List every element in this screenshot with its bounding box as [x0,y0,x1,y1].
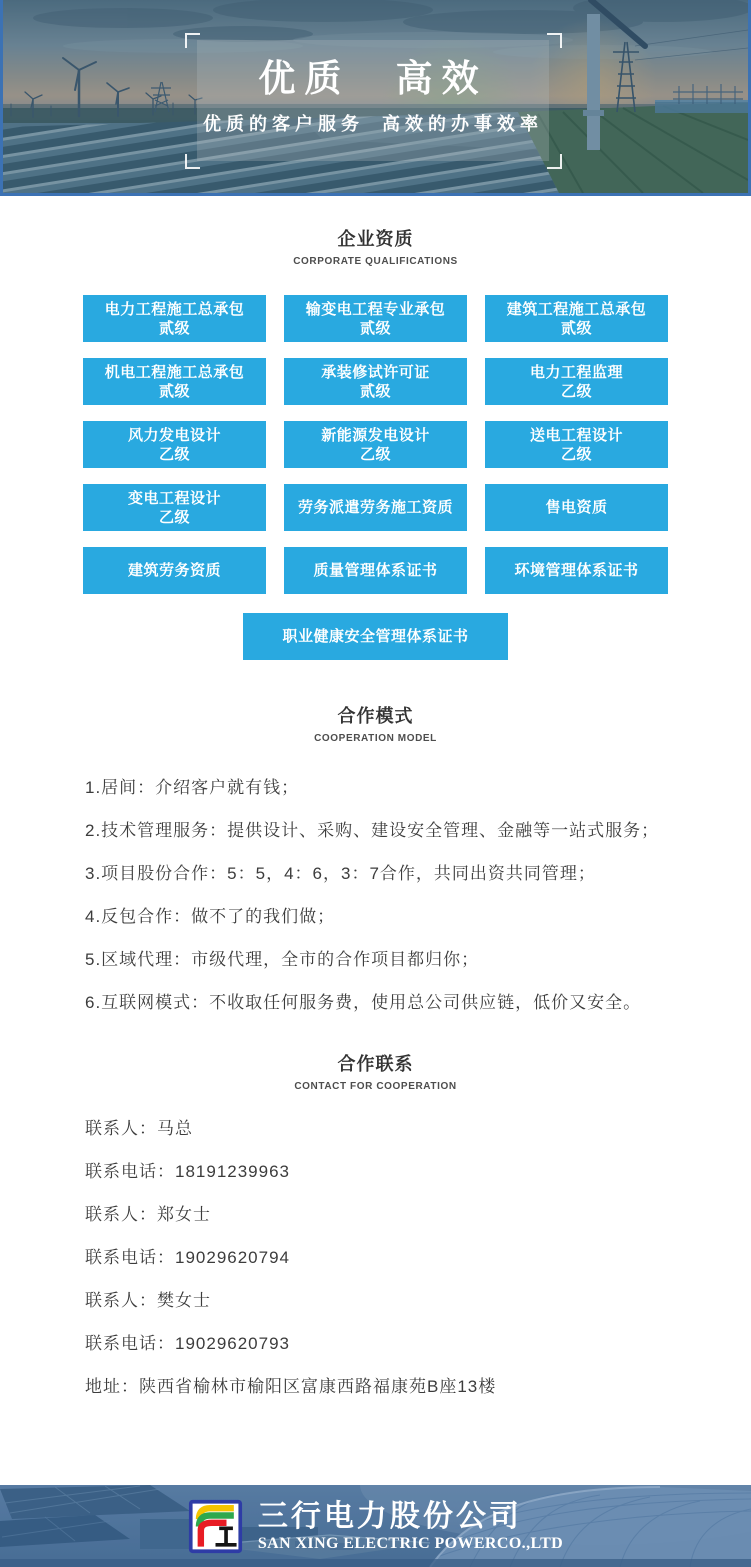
badge-line2: 乙级 [561,382,592,401]
badge-line1: 质量管理体系证书 [313,561,437,580]
hero-title: 优质 高效 [197,57,549,101]
corner-bracket-bottom-right [547,154,562,169]
cooperation-section-header: 合作模式 COOPERATION MODEL [0,706,751,745]
badge-line2: 乙级 [561,445,592,464]
badge-line1: 变电工程设计 [128,489,221,508]
badge-line1: 劳务派遣劳务施工资质 [298,498,453,517]
qualification-badge[interactable]: 建筑工程施工总承包贰级 [485,295,668,342]
corner-bracket-top-right [547,33,562,48]
contact-phone: 联系电话：18191239963 [85,1162,711,1182]
contact-phone: 联系电话：19029620793 [85,1334,711,1354]
contact-title: 合作联系 [0,1054,751,1075]
qualifications-subtitle: CORPORATE QUALIFICATIONS [0,256,751,268]
badge-line1: 电力工程监理 [530,363,623,382]
qualification-badge[interactable]: 售电资质 [485,484,668,531]
company-name-en: SAN XING ELECTRIC POWERCO.,LTD [258,1535,563,1553]
badge-line1: 新能源发电设计 [321,426,430,445]
corner-bracket-bottom-left [185,154,200,169]
badge-line1: 建筑工程施工总承包 [507,300,647,319]
corner-bracket-top-left [185,33,200,48]
badge-line1: 职业健康安全管理体系证书 [282,627,468,646]
cooperation-item: 1.居间：介绍客户就有钱； [85,778,711,798]
qualification-badge[interactable]: 输变电工程专业承包贰级 [284,295,467,342]
landing-page: 优质 高效 优质的客户服务 高效的办事效率 企业资质 CORPORATE QUA… [0,0,751,1567]
badge-line2: 贰级 [360,319,391,338]
contact-person: 联系人：樊女士 [85,1291,711,1311]
badge-line2: 乙级 [159,445,190,464]
badge-line2: 贰级 [561,319,592,338]
qualifications-grid: 电力工程施工总承包贰级 输变电工程专业承包贰级 建筑工程施工总承包贰级 机电工程… [83,295,668,594]
badge-line2: 乙级 [360,445,391,464]
badge-line1: 售电资质 [545,498,607,517]
cooperation-item: 6.互联网模式：不收取任何服务费，使用总公司供应链，低价又安全。 [85,993,711,1013]
footer-content: 三行电力股份公司 SAN XING ELECTRIC POWERCO.,LTD [0,1485,751,1567]
cooperation-title: 合作模式 [0,706,751,727]
qualification-badge[interactable]: 建筑劳务资质 [83,547,266,594]
badge-line1: 承装修试许可证 [321,363,430,382]
qualification-badge[interactable]: 机电工程施工总承包贰级 [83,358,266,405]
cooperation-list: 1.居间：介绍客户就有钱； 2.技术管理服务：提供设计、采购、建设安全管理、金融… [85,778,711,1013]
cooperation-item: 5.区域代理：市级代理，全市的合作项目都归你； [85,950,711,970]
hero-overlay-panel: 优质 高效 优质的客户服务 高效的办事效率 [197,40,549,161]
badge-line1: 输变电工程专业承包 [306,300,446,319]
hero-section: 优质 高效 优质的客户服务 高效的办事效率 [0,0,751,196]
qualification-badge[interactable]: 送电工程设计乙级 [485,421,668,468]
badge-line2: 乙级 [159,508,190,527]
company-name-cn: 三行电力股份公司 [258,1500,563,1533]
hero-subtitle: 优质的客户服务 高效的办事效率 [197,113,549,135]
footer: 三行电力股份公司 SAN XING ELECTRIC POWERCO.,LTD [0,1485,751,1567]
qualification-badge[interactable]: 变电工程设计乙级 [83,484,266,531]
qualifications-title: 企业资质 [0,229,751,250]
badge-line2: 贰级 [159,382,190,401]
company-logo-icon [188,1499,243,1554]
cooperation-item: 4.反包合作：做不了的我们做； [85,907,711,927]
cooperation-subtitle: COOPERATION MODEL [0,733,751,745]
contact-list: 联系人：马总 联系电话：18191239963 联系人：郑女士 联系电话：190… [85,1119,711,1397]
badge-line1: 建筑劳务资质 [128,561,221,580]
qualification-badge[interactable]: 新能源发电设计乙级 [284,421,467,468]
badge-line1: 机电工程施工总承包 [105,363,245,382]
qualification-badge[interactable]: 劳务派遣劳务施工资质 [284,484,467,531]
qualification-badge[interactable]: 电力工程施工总承包贰级 [83,295,266,342]
badge-line1: 环境管理体系证书 [514,561,638,580]
qualification-badge-wide[interactable]: 职业健康安全管理体系证书 [243,613,508,660]
badge-line1: 电力工程施工总承包 [105,300,245,319]
qualification-badge[interactable]: 质量管理体系证书 [284,547,467,594]
badge-line1: 送电工程设计 [530,426,623,445]
contact-subtitle: CONTACT FOR COOPERATION [0,1081,751,1093]
badge-line2: 贰级 [360,382,391,401]
contact-person: 联系人：郑女士 [85,1205,711,1225]
qualification-badge[interactable]: 环境管理体系证书 [485,547,668,594]
company-name-block: 三行电力股份公司 SAN XING ELECTRIC POWERCO.,LTD [258,1500,563,1553]
qualifications-section-header: 企业资质 CORPORATE QUALIFICATIONS [0,229,751,268]
contact-person: 联系人：马总 [85,1119,711,1139]
contact-phone: 联系电话：19029620794 [85,1248,711,1268]
contact-address: 地址：陕西省榆林市榆阳区富康西路福康苑B座13楼 [85,1377,711,1397]
qualification-badge[interactable]: 风力发电设计乙级 [83,421,266,468]
cooperation-item: 3.项目股份合作：5：5，4：6，3：7合作，共同出资共同管理； [85,864,711,884]
cooperation-item: 2.技术管理服务：提供设计、采购、建设安全管理、金融等一站式服务； [85,821,711,841]
qualification-badge[interactable]: 电力工程监理乙级 [485,358,668,405]
contact-section-header: 合作联系 CONTACT FOR COOPERATION [0,1054,751,1093]
badge-line2: 贰级 [159,319,190,338]
qualification-badge[interactable]: 承装修试许可证贰级 [284,358,467,405]
badge-line1: 风力发电设计 [128,426,221,445]
